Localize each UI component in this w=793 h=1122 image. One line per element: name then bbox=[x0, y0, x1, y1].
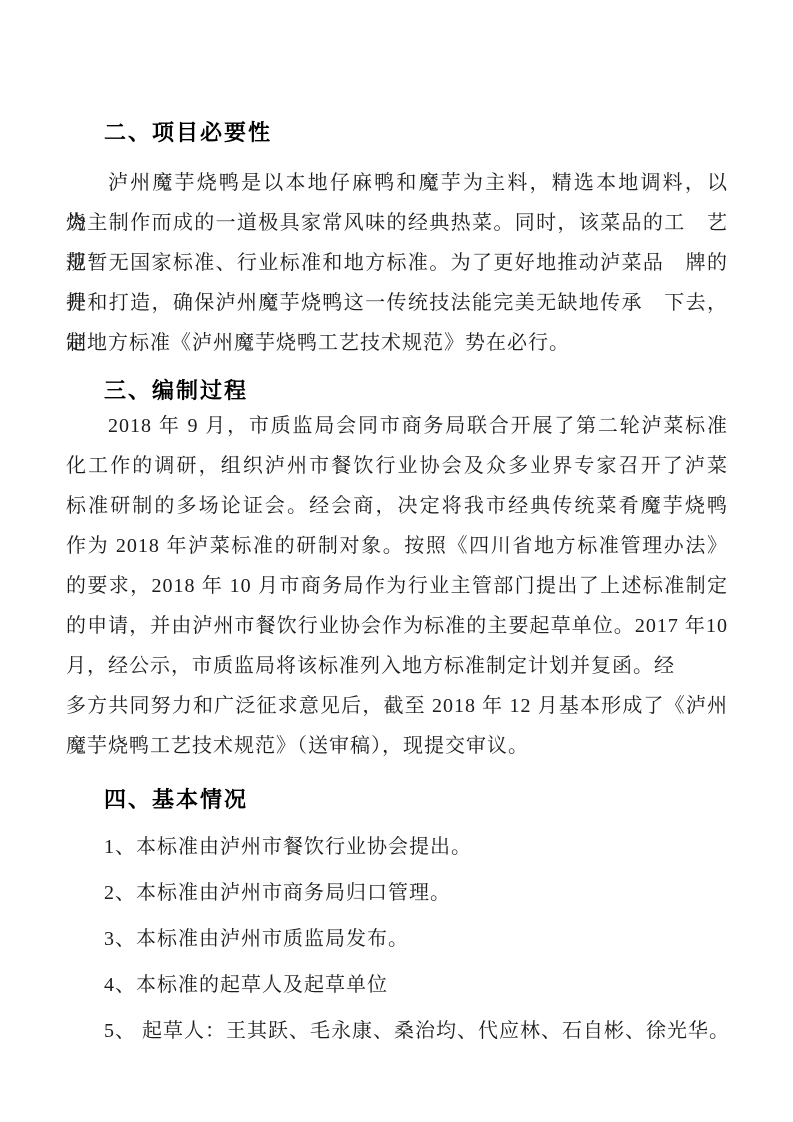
section-heading-necessity: 二、项目必要性 bbox=[104, 116, 272, 147]
list-item: 4、本标准的起草人及起草单位 bbox=[104, 962, 749, 1008]
list-item: 5、 起草人：王其跃、毛永康、桑治均、代应林、石自彬、徐光华。 bbox=[104, 1008, 749, 1054]
text-line: 的申请，并由泸州市餐饮行业协会作为标准的主要起草单位。2017 年10 bbox=[66, 606, 728, 646]
text-line: 为主制作而成的一道极具家常风味的经典热菜。同时，该菜品的工 艺规 bbox=[66, 203, 728, 243]
text-line: 化工作的调研，组织泸州市餐饮行业协会及众多业界专家召开了泸菜 bbox=[66, 446, 728, 486]
text-line: 月，经公示，市质监局将该标准列入地方标准制定计划并复函。经 bbox=[66, 646, 728, 686]
text-line: 魔芋烧鸭工艺技术规范》（送审稿），现提交审议。 bbox=[66, 726, 728, 766]
text-line: 范暂无国家标准、行业标准和地方标准。为了更好地推动泸菜品 牌的提 bbox=[66, 243, 728, 283]
text-line: 标准研制的多场论证会。经会商，决定将我市经典传统菜肴魔芋烧鸭 bbox=[66, 486, 728, 526]
text-line: 2018 年 9 月，市质监局会同市商务局联合开展了第二轮泸菜标准 bbox=[66, 406, 728, 446]
text-line: 多方共同努力和广泛征求意见后，截至 2018 年 12 月基本形成了《泸州 bbox=[66, 686, 728, 726]
text-line: 泸州魔芋烧鸭是以本地仔麻鸭和魔芋为主料，精选本地调料，以 烧 bbox=[66, 163, 728, 203]
list-item: 2、本标准由泸州市商务局归口管理。 bbox=[104, 870, 749, 916]
text-line: 的要求，2018 年 10 月市商务局作为行业主管部门提出了上述标准制定 bbox=[66, 566, 728, 606]
document-page: 二、项目必要性 泸州魔芋烧鸭是以本地仔麻鸭和魔芋为主料，精选本地调料，以 烧 为… bbox=[0, 0, 793, 1122]
paragraph-necessity: 泸州魔芋烧鸭是以本地仔麻鸭和魔芋为主料，精选本地调料，以 烧 为主制作而成的一道… bbox=[66, 163, 728, 363]
text-line: 升和打造，确保泸州魔芋烧鸭这一传统技法能完美无缺地传承 下去，制 bbox=[66, 283, 728, 323]
list-item: 3、本标准由泸州市质监局发布。 bbox=[104, 916, 749, 962]
list-item: 1、本标准由泸州市餐饮行业协会提出。 bbox=[104, 824, 749, 870]
section-heading-drafting-process: 三、编制过程 bbox=[104, 374, 248, 405]
paragraph-drafting-process: 2018 年 9 月，市质监局会同市商务局联合开展了第二轮泸菜标准 化工作的调研… bbox=[66, 406, 728, 766]
text-line: 定地方标准《泸州魔芋烧鸭工艺技术规范》势在必行。 bbox=[66, 323, 728, 363]
text-line: 作为 2018 年泸菜标准的研制对象。按照《四川省地方标准管理办法》 bbox=[66, 526, 728, 566]
section-heading-basic-information: 四、基本情况 bbox=[104, 783, 248, 814]
basic-information-list: 1、本标准由泸州市餐饮行业协会提出。 2、本标准由泸州市商务局归口管理。 3、本… bbox=[104, 824, 749, 1054]
